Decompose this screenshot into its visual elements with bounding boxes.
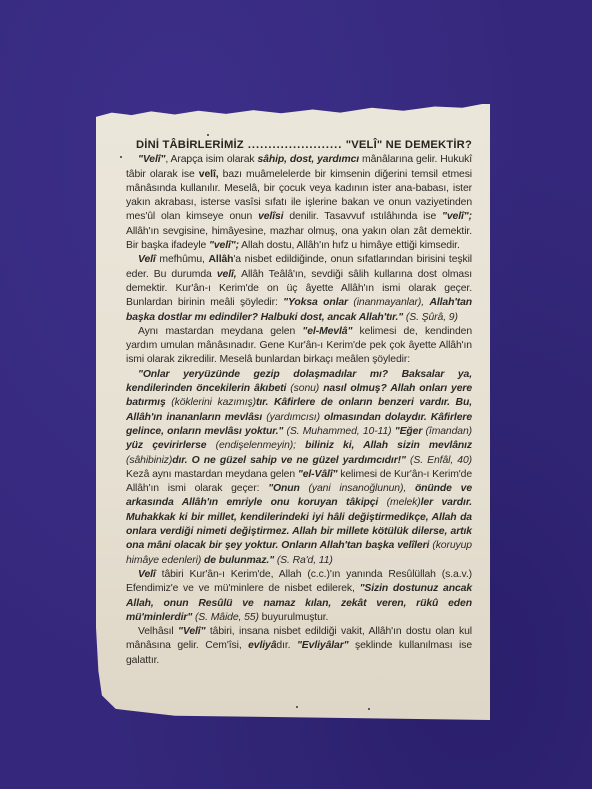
column-title: DİNİ TÂBİRLERİMİZ: [136, 138, 244, 152]
text-run: (S. Ra'd, 11): [274, 555, 333, 566]
text-run: velî,: [199, 169, 219, 180]
ink-speck: [368, 708, 370, 710]
paragraph: "Onlar yeryüzünde gezip dolaşmadılar mı?…: [126, 368, 472, 568]
text-run: Velhâsıl: [138, 626, 178, 637]
text-run: sâhip, dost, yardımcı: [257, 154, 359, 165]
ink-speck: [296, 706, 298, 708]
newspaper-clipping: DİNİ TÂBİRLERİMİZ ......................…: [96, 104, 490, 720]
ink-speck: [207, 134, 209, 136]
text-run: Allah dostu, Allâh'ın hıfz u himâye etti…: [239, 240, 460, 251]
text-run: (S. Muhammed, 10-11): [283, 426, 395, 437]
text-run: "velî";: [209, 240, 239, 251]
text-run: dır.: [276, 640, 297, 651]
text-run: velîsi: [258, 211, 283, 222]
text-run: "Velî": [138, 154, 165, 165]
text-run: buyurulmuştur.: [259, 612, 329, 623]
text-run: (sonu): [286, 383, 323, 394]
text-run: de bulunmaz.": [204, 555, 274, 566]
heading-leader-dots: ........................................…: [248, 138, 342, 152]
paragraph: "Velî", Arapça isim olarak sâhip, dost, …: [126, 153, 472, 253]
paragraph: Velhâsıl "Velî" tâbiri, insana nisbet ed…: [126, 625, 472, 668]
article-heading: DİNİ TÂBİRLERİMİZ ......................…: [126, 138, 472, 152]
paragraph: Aynı mastardan meydana gelen "el-Mevlâ" …: [126, 325, 472, 368]
article-title: "VELÎ" NE DEMEKTİR?: [346, 138, 472, 152]
text-run: "Eğer: [395, 426, 423, 437]
paragraph: Velî mefhûmu, Allâh'a nisbet edildiğinde…: [126, 253, 472, 324]
text-run: "Velî": [178, 626, 205, 637]
text-run: Allâh: [209, 254, 234, 265]
text-run: (inanmayanlar),: [348, 297, 429, 308]
text-run: "Evliyâlar": [297, 640, 349, 651]
text-run: "velî";: [442, 211, 472, 222]
text-run: denilir. Tasavvuf ıstılâhında ise: [283, 211, 442, 222]
text-run: (yardımcısı): [262, 412, 324, 423]
text-run: , Arapça isim olarak: [165, 154, 257, 165]
text-run: Velî: [138, 569, 156, 580]
text-run: Aynı mastardan meydana gelen: [138, 326, 302, 337]
text-run: (melek): [378, 497, 420, 508]
article: DİNİ TÂBİRLERİMİZ ......................…: [126, 138, 472, 668]
text-run: (îmandan): [422, 426, 472, 437]
text-run: dır. O ne güzel sahip ve ne güzel yardım…: [172, 455, 406, 466]
text-run: (yani insanoğlunun),: [300, 483, 415, 494]
text-run: "el-Vâlî": [298, 469, 338, 480]
text-run: biliniz ki, Allah sizin mevlânız: [305, 440, 472, 451]
text-run: Kezâ aynı mastardan meydana gelen: [126, 469, 298, 480]
text-run: (sâhibiniz): [126, 455, 172, 466]
text-run: (endişelenmeyin);: [206, 440, 305, 451]
text-run: (köklerini kazımış): [166, 397, 256, 408]
text-run: (S. Mâide, 55): [192, 612, 259, 623]
text-run: evliyâ: [248, 640, 276, 651]
text-run: "Yoksa onlar: [283, 297, 348, 308]
text-run: "Onun: [268, 483, 300, 494]
text-run: (S. Şûrâ, 9): [403, 312, 458, 323]
article-body: "Velî", Arapça isim olarak sâhip, dost, …: [126, 153, 472, 668]
paragraph: Velî tâbiri Kur'ân-ı Kerim'de, Allah (c.…: [126, 568, 472, 625]
text-run: yüz çevirirlerse: [126, 440, 206, 451]
text-run: (S. Enfâl, 40): [406, 455, 472, 466]
ink-speck: [120, 156, 122, 158]
text-run: "el-Mevlâ": [302, 326, 352, 337]
text-run: mefhûmu,: [156, 254, 209, 265]
text-run: velî,: [217, 269, 237, 280]
text-run: Velî: [138, 254, 156, 265]
